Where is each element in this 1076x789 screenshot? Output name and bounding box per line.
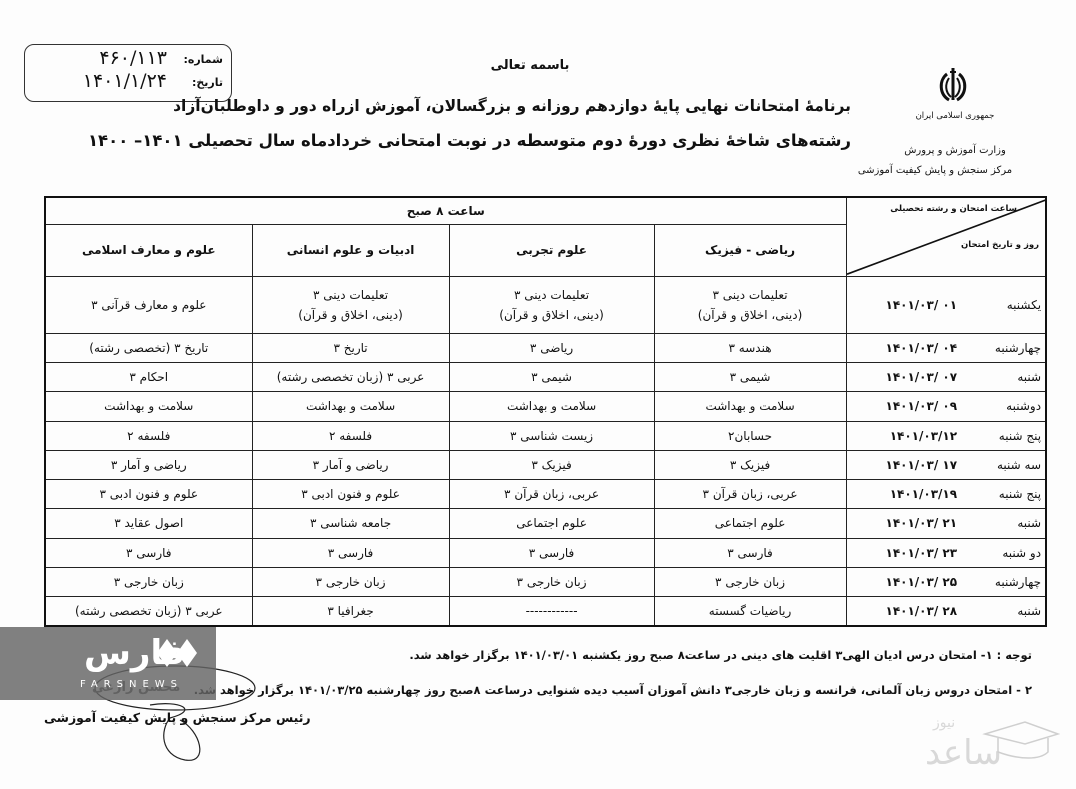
reference-number-value: ۴۶۰/۱۱۳: [99, 47, 167, 69]
table-row: یکشنبه۱۴۰۱/۰۳/ ۰۱ تعلیمات دینی ۳(دینی، ا…: [45, 277, 1046, 334]
exam-cell: فیزیک ۳: [654, 450, 846, 479]
day-label: شنبه: [1017, 516, 1041, 530]
day-date-cell: شنبه۱۴۰۱/۰۳/ ۲۱: [846, 509, 1046, 538]
exam-cell: اصول عقاید ۳: [45, 509, 252, 538]
exam-cell: زیست شناسی ۳: [449, 421, 654, 450]
exam-cell: علوم و فنون ادبی ۳: [45, 480, 252, 509]
exam-cell: تاریخ ۳ (تخصصی رشته): [45, 333, 252, 362]
exam-cell: شیمی ۳: [449, 363, 654, 392]
document-title-line-1: برنامهٔ امتحانات نهایی پایهٔ دوازدهم روز…: [173, 97, 851, 115]
table-row: چهارشنبه۱۴۰۱/۰۳/ ۲۵ زبان خارجی ۳ زبان خا…: [45, 567, 1046, 596]
exam-subject: تعلیمات دینی ۳: [259, 285, 443, 305]
signatory-title: رئیس مرکز سنجش و پایش کیفیت آموزشی: [44, 710, 311, 725]
table-row: چهارشنبه۱۴۰۱/۰۳/ ۰۴ هندسه ۳ ریاضی ۳ تاری…: [45, 333, 1046, 362]
column-header: علوم و معارف اسلامی: [45, 224, 252, 276]
table-row: دوشنبه۱۴۰۱/۰۳/ ۰۹ سلامت و بهداشت سلامت و…: [45, 392, 1046, 421]
note-2: ۲ - امتحان دروس زبان آلمانی، فرانسه و زب…: [194, 683, 1032, 697]
exam-cell: فارسی ۳: [252, 538, 449, 567]
saednews-label-news: نیوز: [933, 715, 955, 731]
day-date-cell: چهارشنبه۱۴۰۱/۰۳/ ۲۵: [846, 567, 1046, 596]
exam-cell: سلامت و بهداشت: [252, 392, 449, 421]
exam-cell: علوم و فنون ادبی ۳: [252, 480, 449, 509]
table-row: دو شنبه۱۴۰۱/۰۳/ ۲۳ فارسی ۳ فارسی ۳ فارسی…: [45, 538, 1046, 567]
reference-number-row: شماره: ۴۶۰/۱۱۳: [25, 49, 231, 71]
table-row: شنبه۱۴۰۱/۰۳/ ۰۷ شیمی ۳ شیمی ۳ عربی ۳ (زب…: [45, 363, 1046, 392]
exam-cell: فارسی ۳: [45, 538, 252, 567]
date-label: ۱۴۰۱/۰۳/ ۱۷: [886, 458, 958, 472]
exam-cell: فارسی ۳: [654, 538, 846, 567]
exam-cell: تاریخ ۳: [252, 333, 449, 362]
exam-cell: ریاضی ۳: [449, 333, 654, 362]
exam-cell: عربی، زبان قرآن ۳: [654, 480, 846, 509]
day-label: پنج شنبه: [999, 487, 1041, 501]
reference-date-value: ۱۴۰۱/۱/۲۴: [83, 70, 167, 92]
date-label: ۱۴۰۱/۰۳/۱۲: [890, 429, 957, 443]
exam-subject-detail: (دینی، اخلاق و قرآن): [259, 305, 443, 325]
day-date-cell: یکشنبه۱۴۰۱/۰۳/ ۰۱: [846, 277, 1046, 334]
date-label: ۱۴۰۱/۰۳/ ۲۳: [886, 546, 958, 560]
farsnews-logo-en: FARSNEWS: [80, 679, 183, 690]
day-date-cell: شنبه۱۴۰۱/۰۳/ ۰۷: [846, 363, 1046, 392]
exam-cell: شیمی ۳: [654, 363, 846, 392]
exam-cell: جغرافیا ۳: [252, 597, 449, 626]
day-label: شنبه: [1017, 604, 1041, 618]
day-label: سه شنبه: [997, 458, 1041, 472]
day-date-cell: چهارشنبه۱۴۰۱/۰۳/ ۰۴: [846, 333, 1046, 362]
day-date-cell: پنج شنبه۱۴۰۱/۰۳/۱۹: [846, 480, 1046, 509]
exam-cell: فیزیک ۳: [449, 450, 654, 479]
exam-cell: زبان خارجی ۳: [252, 567, 449, 596]
exam-cell: تعلیمات دینی ۳(دینی، اخلاق و قرآن): [252, 277, 449, 334]
exam-schedule-table: ساعت امتحان و رشته تحصیلی روز و تاریخ ام…: [44, 196, 1047, 627]
date-label: ۱۴۰۱/۰۳/ ۰۹: [886, 399, 958, 413]
day-label: پنج شنبه: [999, 429, 1041, 443]
farsnews-diamond-icon: [155, 637, 199, 669]
day-label: دو شنبه: [1002, 546, 1041, 560]
column-header: ادبیات و علوم انسانی: [252, 224, 449, 276]
day-date-cell: شنبه۱۴۰۱/۰۳/ ۲۸: [846, 597, 1046, 626]
exam-cell: ریاضی و آمار ۳: [252, 450, 449, 479]
exam-cell: ------------: [449, 597, 654, 626]
reference-number-label: شماره:: [183, 53, 223, 66]
org-ministry: وزارت آموزش و پرورش: [895, 145, 1015, 156]
exam-subject: تعلیمات دینی ۳: [661, 285, 840, 305]
exam-subject-detail: (دینی، اخلاق و قرآن): [661, 305, 840, 325]
date-label: ۱۴۰۱/۰۳/۱۹: [890, 487, 957, 501]
exam-cell: ریاضی و آمار ۳: [45, 450, 252, 479]
exam-cell: علوم اجتماعی: [449, 509, 654, 538]
date-label: ۱۴۰۱/۰۳/ ۲۱: [886, 516, 958, 530]
iran-emblem-icon: [933, 64, 973, 104]
table-row: پنج شنبه۱۴۰۱/۰۳/۱۲ حسابان۲ زیست شناسی ۳ …: [45, 421, 1046, 450]
date-label: ۱۴۰۱/۰۳/ ۰۱: [886, 298, 958, 312]
table-corner-cell: ساعت امتحان و رشته تحصیلی روز و تاریخ ام…: [846, 197, 1046, 277]
farsnews-watermark: فارس FARSNEWS: [0, 627, 216, 700]
exam-cell: علوم اجتماعی: [654, 509, 846, 538]
date-label: ۱۴۰۱/۰۳/ ۲۸: [886, 604, 958, 618]
note-1: توجه : ۱- امتحان درس ادیان الهی۳ اقلیت ه…: [409, 648, 1032, 662]
exam-cell: احکام ۳: [45, 363, 252, 392]
org-center: مرکز سنجش و پایش کیفیت آموزشی: [855, 165, 1015, 176]
table-row: پنج شنبه۱۴۰۱/۰۳/۱۹ عربی، زبان قرآن ۳ عرب…: [45, 480, 1046, 509]
exam-cell: فلسفه ۲: [252, 421, 449, 450]
day-label: چهارشنبه: [995, 341, 1041, 355]
day-label: یکشنبه: [1007, 298, 1041, 312]
date-label: ۱۴۰۱/۰۳/ ۰۷: [886, 370, 958, 384]
exam-cell: حسابان۲: [654, 421, 846, 450]
exam-cell: سلامت و بهداشت: [449, 392, 654, 421]
table-header-row-time: ساعت امتحان و رشته تحصیلی روز و تاریخ ام…: [45, 197, 1046, 224]
corner-label-date: روز و تاریخ امتحان: [961, 240, 1039, 250]
table-row: سه شنبه۱۴۰۱/۰۳/ ۱۷ فیزیک ۳ فیزیک ۳ ریاضی…: [45, 450, 1046, 479]
bismillah-heading: باسمه تعالی: [480, 58, 580, 73]
org-country: جمهوری اسلامی ایران: [900, 111, 1010, 121]
exam-subject-detail: (دینی، اخلاق و قرآن): [456, 305, 648, 325]
exam-cell: عربی ۳ (زبان تخصصی رشته): [252, 363, 449, 392]
table-row: شنبه۱۴۰۱/۰۳/ ۲۸ ریاضیات گسسته ----------…: [45, 597, 1046, 626]
exam-cell: زبان خارجی ۳: [45, 567, 252, 596]
exam-cell: هندسه ۳: [654, 333, 846, 362]
exam-cell: زبان خارجی ۳: [449, 567, 654, 596]
graduation-cap-icon: [980, 720, 1060, 760]
time-header: ساعت ۸ صبح: [45, 197, 846, 224]
day-label: شنبه: [1017, 370, 1041, 384]
saednews-watermark: نیوز ساعد: [925, 715, 1065, 780]
day-date-cell: پنج شنبه۱۴۰۱/۰۳/۱۲: [846, 421, 1046, 450]
corner-label-field: ساعت امتحان و رشته تحصیلی: [890, 204, 1017, 214]
exam-cell: ریاضیات گسسته: [654, 597, 846, 626]
date-label: ۱۴۰۱/۰۳/ ۲۵: [886, 575, 958, 589]
exam-cell: تعلیمات دینی ۳(دینی، اخلاق و قرآن): [449, 277, 654, 334]
day-label: دوشنبه: [1006, 399, 1041, 413]
exam-cell: تعلیمات دینی ۳(دینی، اخلاق و قرآن): [654, 277, 846, 334]
exam-cell: سلامت و بهداشت: [654, 392, 846, 421]
day-date-cell: سه شنبه۱۴۰۱/۰۳/ ۱۷: [846, 450, 1046, 479]
table-row: شنبه۱۴۰۱/۰۳/ ۲۱ علوم اجتماعی علوم اجتماع…: [45, 509, 1046, 538]
exam-subject: تعلیمات دینی ۳: [456, 285, 648, 305]
exam-cell: عربی، زبان قرآن ۳: [449, 480, 654, 509]
reference-box: شماره: ۴۶۰/۱۱۳ تاریخ: ۱۴۰۱/۱/۲۴: [24, 44, 232, 102]
exam-cell: فلسفه ۲: [45, 421, 252, 450]
day-label: چهارشنبه: [995, 575, 1041, 589]
exam-cell: عربی ۳ (زبان تخصصی رشته): [45, 597, 252, 626]
exam-cell: سلامت و بهداشت: [45, 392, 252, 421]
day-date-cell: دو شنبه۱۴۰۱/۰۳/ ۲۳: [846, 538, 1046, 567]
reference-date-label: تاریخ:: [192, 76, 223, 89]
reference-date-row: تاریخ: ۱۴۰۱/۱/۲۴: [25, 72, 231, 94]
date-label: ۱۴۰۱/۰۳/ ۰۴: [886, 341, 958, 355]
column-header: علوم تجربی: [449, 224, 654, 276]
exam-cell: جامعه شناسی ۳: [252, 509, 449, 538]
exam-cell: علوم و معارف قرآنی ۳: [45, 277, 252, 334]
column-header: ریاضی - فیزیک: [654, 224, 846, 276]
day-date-cell: دوشنبه۱۴۰۱/۰۳/ ۰۹: [846, 392, 1046, 421]
document-title-line-2: رشته‌های شاخهٔ نظری دورهٔ دوم متوسطه در …: [88, 131, 851, 150]
exam-cell: فارسی ۳: [449, 538, 654, 567]
exam-cell: زبان خارجی ۳: [654, 567, 846, 596]
